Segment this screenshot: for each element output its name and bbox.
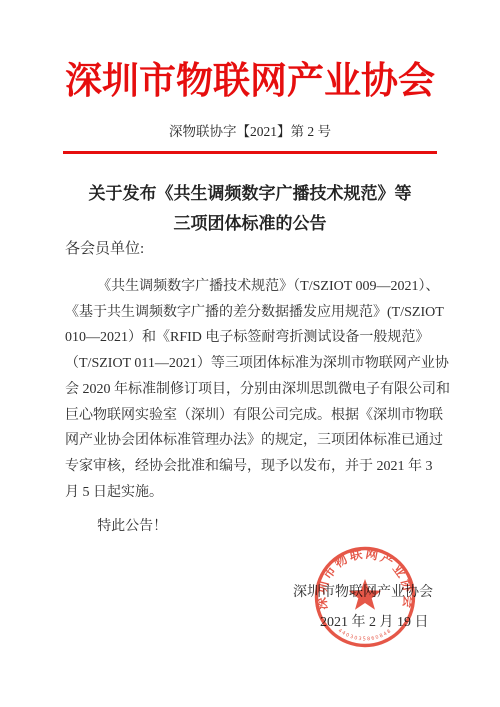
- body-line: 月 5 日起实施。: [65, 480, 439, 506]
- signature-org: 深圳市物联网产业协会: [293, 584, 433, 601]
- body-line: （T/SZIOT 011—2021）等三项团体标准为深圳市物联网产业协: [65, 351, 439, 377]
- announcement-title-line2: 三项团体标准的公告: [0, 213, 500, 235]
- body-line: 010—2021）和《RFID 电子标签耐弯折测试设备一般规范》: [65, 325, 439, 351]
- body-line: 会 2020 年标准制修订项目，分别由深圳思凯微电子有限公司和: [65, 377, 439, 403]
- doc-number: 深物联协字【2021】第 2 号: [0, 123, 500, 141]
- red-divider-rule: [63, 151, 437, 154]
- announcement-title-line1: 关于发布《共生调频数字广播技术规范》等: [0, 183, 500, 205]
- body-line: 《共生调频数字广播技术规范》（T/SZIOT 009—2021）、: [65, 274, 439, 300]
- signature-date: 2021 年 2 月 19 日: [320, 614, 429, 631]
- document-page: 深圳市物联网产业协会 深物联协字【2021】第 2 号 关于发布《共生调频数字广…: [0, 0, 500, 707]
- closing-statement: 特此公告！: [65, 518, 167, 536]
- org-title: 深圳市物联网产业协会: [0, 60, 500, 104]
- body-line: 巨心物联网实验室（深圳）有限公司完成。根据《深圳市物联: [65, 403, 439, 429]
- salutation: 各会员单位:: [65, 240, 144, 258]
- body-line: 《基于共生调频数字广播的差分数据播发应用规范》(T/SZIOT: [65, 300, 439, 326]
- body-paragraph: 《共生调频数字广播技术规范》（T/SZIOT 009—2021）、 《基于共生调…: [65, 274, 439, 505]
- body-line: 网产业协会团体标准管理办法》的规定，三项团体标准已通过: [65, 428, 439, 454]
- body-line: 专家审核，经协会批准和编号，现予以发布，并于 2021 年 3: [65, 454, 439, 480]
